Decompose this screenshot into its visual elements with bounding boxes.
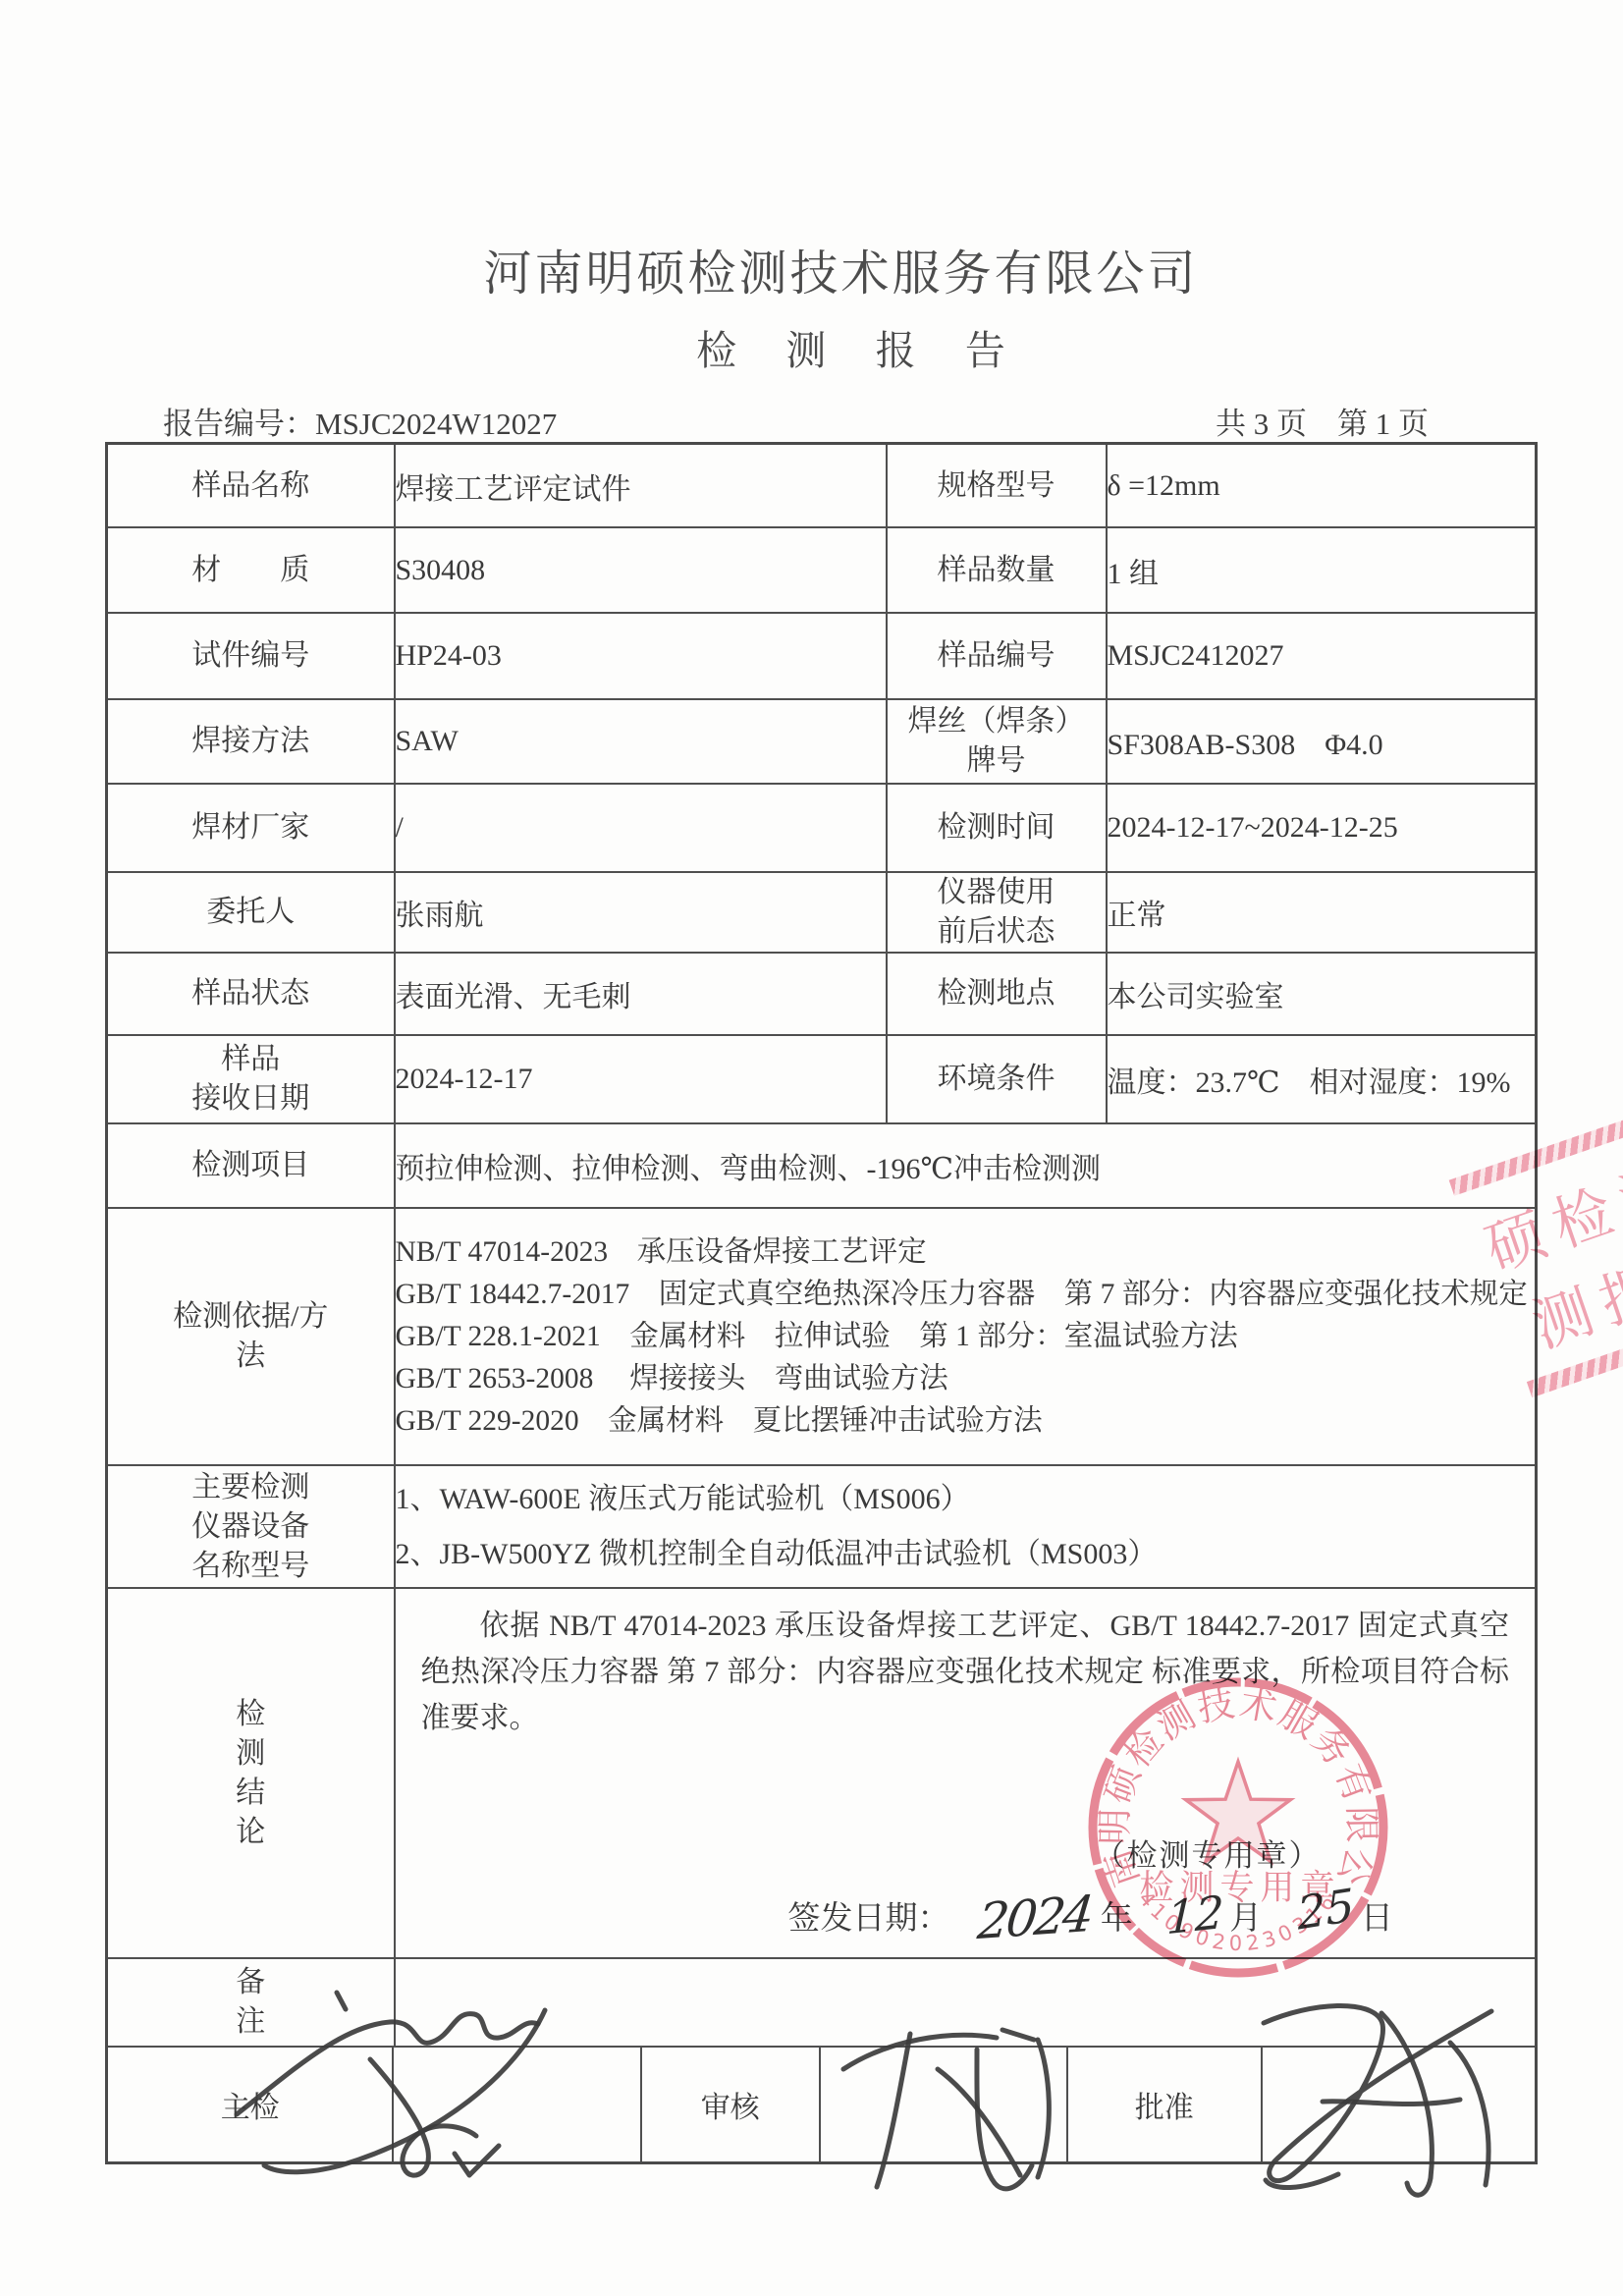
table-row: 委托人 张雨航 仪器使用 前后状态 正常: [107, 872, 1537, 953]
basis-label: 检测依据/方 法: [107, 1208, 395, 1465]
basis-line-1: NB/T 47014-2023 承压设备焊接工艺评定: [396, 1231, 1536, 1274]
test-place-value: 本公司实验室: [1107, 953, 1537, 1035]
handwritten-day: 25: [1296, 1878, 1356, 1940]
report-number: 报告编号：MSJC2024W12027: [163, 399, 557, 443]
sample-state-value: 表面光滑、无毛刺: [395, 953, 887, 1035]
basis-line-2: GB/T 18442.7-2017 固定式真空绝热深冷压力容器 第 7 部分：内…: [396, 1274, 1536, 1316]
wire-brand-label-line2: 牌号: [888, 741, 1106, 781]
test-time-value: 2024-12-17~2024-12-25: [1107, 784, 1537, 872]
sample-qty-label: 样品数量: [887, 527, 1107, 613]
signoff-row: 主检 审核 批准: [108, 2048, 1535, 2161]
table-row: 试件编号 HP24-03 样品编号 MSJC2412027: [107, 613, 1537, 699]
report-table: 样品名称 焊接工艺评定试件 规格型号 δ =12mm 材 质 S30408 样品…: [105, 442, 1538, 2164]
table-row: 备 注: [107, 1958, 1537, 2047]
conclusion-label-char4: 论: [108, 1813, 394, 1852]
basis-line-3: GB/T 228.1-2021 金属材料 拉伸试验 第 1 部分：室温试验方法: [396, 1316, 1536, 1358]
basis-line-5: GB/T 229-2020 金属材料 夏比摆锤冲击试验方法: [396, 1400, 1536, 1443]
conclusion-label-char2: 测: [108, 1734, 394, 1774]
report-title: 检 测 报 告: [79, 318, 1623, 376]
equipment-label-line2: 仪器设备: [108, 1507, 394, 1547]
sample-name-value: 焊接工艺评定试件: [395, 444, 887, 528]
equipment-label: 主要检测 仪器设备 名称型号: [107, 1465, 395, 1588]
seal-note: （检测专用章）: [1095, 1831, 1322, 1875]
spec-model-value: δ =12mm: [1107, 444, 1537, 528]
test-items-label: 检测项目: [107, 1123, 395, 1208]
table-row: 检 测 结 论 依据 NB/T 47014-2023 承压设备焊接工艺评定、GB…: [107, 1588, 1537, 1958]
instrument-state-label: 仪器使用 前后状态: [887, 872, 1107, 953]
wire-brand-value: SF308AB-S308 Φ4.0: [1107, 699, 1537, 784]
client-value: 张雨航: [395, 872, 887, 953]
chief-inspector-label: 主检: [108, 2048, 392, 2161]
wire-brand-label: 焊丝（焊条） 牌号: [887, 699, 1107, 784]
environment-value: 温度：23.7℃ 相对湿度：19%: [1107, 1035, 1537, 1123]
remark-label: 备 注: [107, 1958, 395, 2047]
conclusion-label-char1: 检: [108, 1695, 394, 1734]
day-unit: 日: [1361, 1901, 1393, 1937]
conclusion-label-char3: 结: [108, 1774, 394, 1813]
sample-no-value: MSJC2412027: [1107, 613, 1537, 699]
handwritten-month: 12: [1165, 1886, 1224, 1945]
remark-label-line2: 注: [108, 2002, 394, 2042]
report-page: 河南明硕检测技术服务有限公司 检 测 报 告 报告编号：MSJC2024W120…: [0, 0, 1623, 2296]
table-row: 材 质 S30408 样品数量 1 组: [107, 527, 1537, 613]
approver-signature-cell: [1261, 2048, 1535, 2161]
test-time-label: 检测时间: [887, 784, 1107, 872]
sign-date-line: 签发日期：2024年12月25日: [788, 1884, 1393, 1941]
approver-label: 批准: [1066, 2048, 1261, 2161]
basis-value: NB/T 47014-2023 承压设备焊接工艺评定 GB/T 18442.7-…: [395, 1208, 1537, 1465]
instrument-state-value: 正常: [1107, 872, 1537, 953]
table-row: 主要检测 仪器设备 名称型号 1、WAW-600E 液压式万能试验机（MS006…: [107, 1465, 1537, 1588]
remark-label-line1: 备: [108, 1963, 394, 2002]
welding-method-label: 焊接方法: [107, 699, 395, 784]
month-unit: 月: [1229, 1901, 1262, 1937]
table-row: 检测项目 预拉伸检测、拉伸检测、弯曲检测、-196℃冲击检测测: [107, 1123, 1537, 1208]
conclusion-cell: 依据 NB/T 47014-2023 承压设备焊接工艺评定、GB/T 18442…: [395, 1588, 1537, 1958]
table-row: 样品名称 焊接工艺评定试件 规格型号 δ =12mm: [107, 444, 1537, 528]
material-value: S30408: [395, 527, 887, 613]
table-row: 焊材厂家 / 检测时间 2024-12-17~2024-12-25: [107, 784, 1537, 872]
wire-brand-label-line1: 焊丝（焊条）: [888, 702, 1106, 741]
remark-value: [395, 1958, 1537, 2047]
receive-date-label-line2: 接收日期: [108, 1079, 394, 1119]
equipment-label-line1: 主要检测: [108, 1468, 394, 1507]
material-maker-label: 焊材厂家: [107, 784, 395, 872]
sample-name-label: 样品名称: [107, 444, 395, 528]
basis-label-line1: 检测依据/方: [108, 1297, 394, 1337]
chief-inspector-signature-cell: [392, 2048, 639, 2161]
year-unit: 年: [1101, 1901, 1133, 1937]
receive-date-value: 2024-12-17: [395, 1035, 887, 1123]
corner-stamp-border-bottom: [1527, 1267, 1623, 1397]
specimen-no-label: 试件编号: [107, 613, 395, 699]
sign-date-label: 签发日期：: [788, 1901, 950, 1937]
basis-line-4: GB/T 2653-2008 焊接接头 弯曲试验方法: [396, 1358, 1536, 1400]
environment-label: 环境条件: [887, 1035, 1107, 1123]
conclusion-text: 依据 NB/T 47014-2023 承压设备焊接工艺评定、GB/T 18442…: [421, 1603, 1510, 1741]
welding-method-value: SAW: [395, 699, 887, 784]
company-title: 河南明硕检测技术服务有限公司: [59, 236, 1623, 304]
test-items-value: 预拉伸检测、拉伸检测、弯曲检测、-196℃冲击检测测: [395, 1123, 1537, 1208]
equipment-line-1: 1、WAW-600E 液压式万能试验机（MS006）: [396, 1472, 1536, 1527]
sample-state-label: 样品状态: [107, 953, 395, 1035]
report-number-label: 报告编号：: [163, 407, 315, 441]
receive-date-label-line1: 样品: [108, 1040, 394, 1079]
instrument-state-label-line2: 前后状态: [888, 912, 1106, 952]
material-label: 材 质: [107, 527, 395, 613]
reviewer-label: 审核: [640, 2048, 819, 2161]
reviewer-signature-cell: [819, 2048, 1066, 2161]
client-label: 委托人: [107, 872, 395, 953]
handwritten-year: 2024: [975, 1886, 1094, 1951]
equipment-value: 1、WAW-600E 液压式万能试验机（MS006） 2、JB-W500YZ 微…: [395, 1465, 1537, 1588]
report-number-value: MSJC2024W12027: [315, 407, 557, 441]
basis-label-line2: 法: [108, 1337, 394, 1376]
equipment-line-2: 2、JB-W500YZ 微机控制全自动低温冲击试验机（MS003）: [396, 1527, 1536, 1582]
table-row: 焊接方法 SAW 焊丝（焊条） 牌号 SF308AB-S308 Φ4.0: [107, 699, 1537, 784]
sample-no-label: 样品编号: [887, 613, 1107, 699]
spec-model-label: 规格型号: [887, 444, 1107, 528]
receive-date-label: 样品 接收日期: [107, 1035, 395, 1123]
sample-qty-value: 1 组: [1107, 527, 1537, 613]
test-place-label: 检测地点: [887, 953, 1107, 1035]
page-info: 共 3 页 第 1 页: [1216, 399, 1429, 443]
table-row: 检测依据/方 法 NB/T 47014-2023 承压设备焊接工艺评定 GB/T…: [107, 1208, 1537, 1465]
table-row: 主检 审核 批准: [107, 2047, 1537, 2163]
conclusion-label: 检 测 结 论: [107, 1588, 395, 1958]
equipment-label-line3: 名称型号: [108, 1547, 394, 1586]
table-row: 样品 接收日期 2024-12-17 环境条件 温度：23.7℃ 相对湿度：19…: [107, 1035, 1537, 1123]
table-row: 样品状态 表面光滑、无毛刺 检测地点 本公司实验室: [107, 953, 1537, 1035]
instrument-state-label-line1: 仪器使用: [888, 873, 1106, 912]
material-maker-value: /: [395, 784, 887, 872]
specimen-no-value: HP24-03: [395, 613, 887, 699]
